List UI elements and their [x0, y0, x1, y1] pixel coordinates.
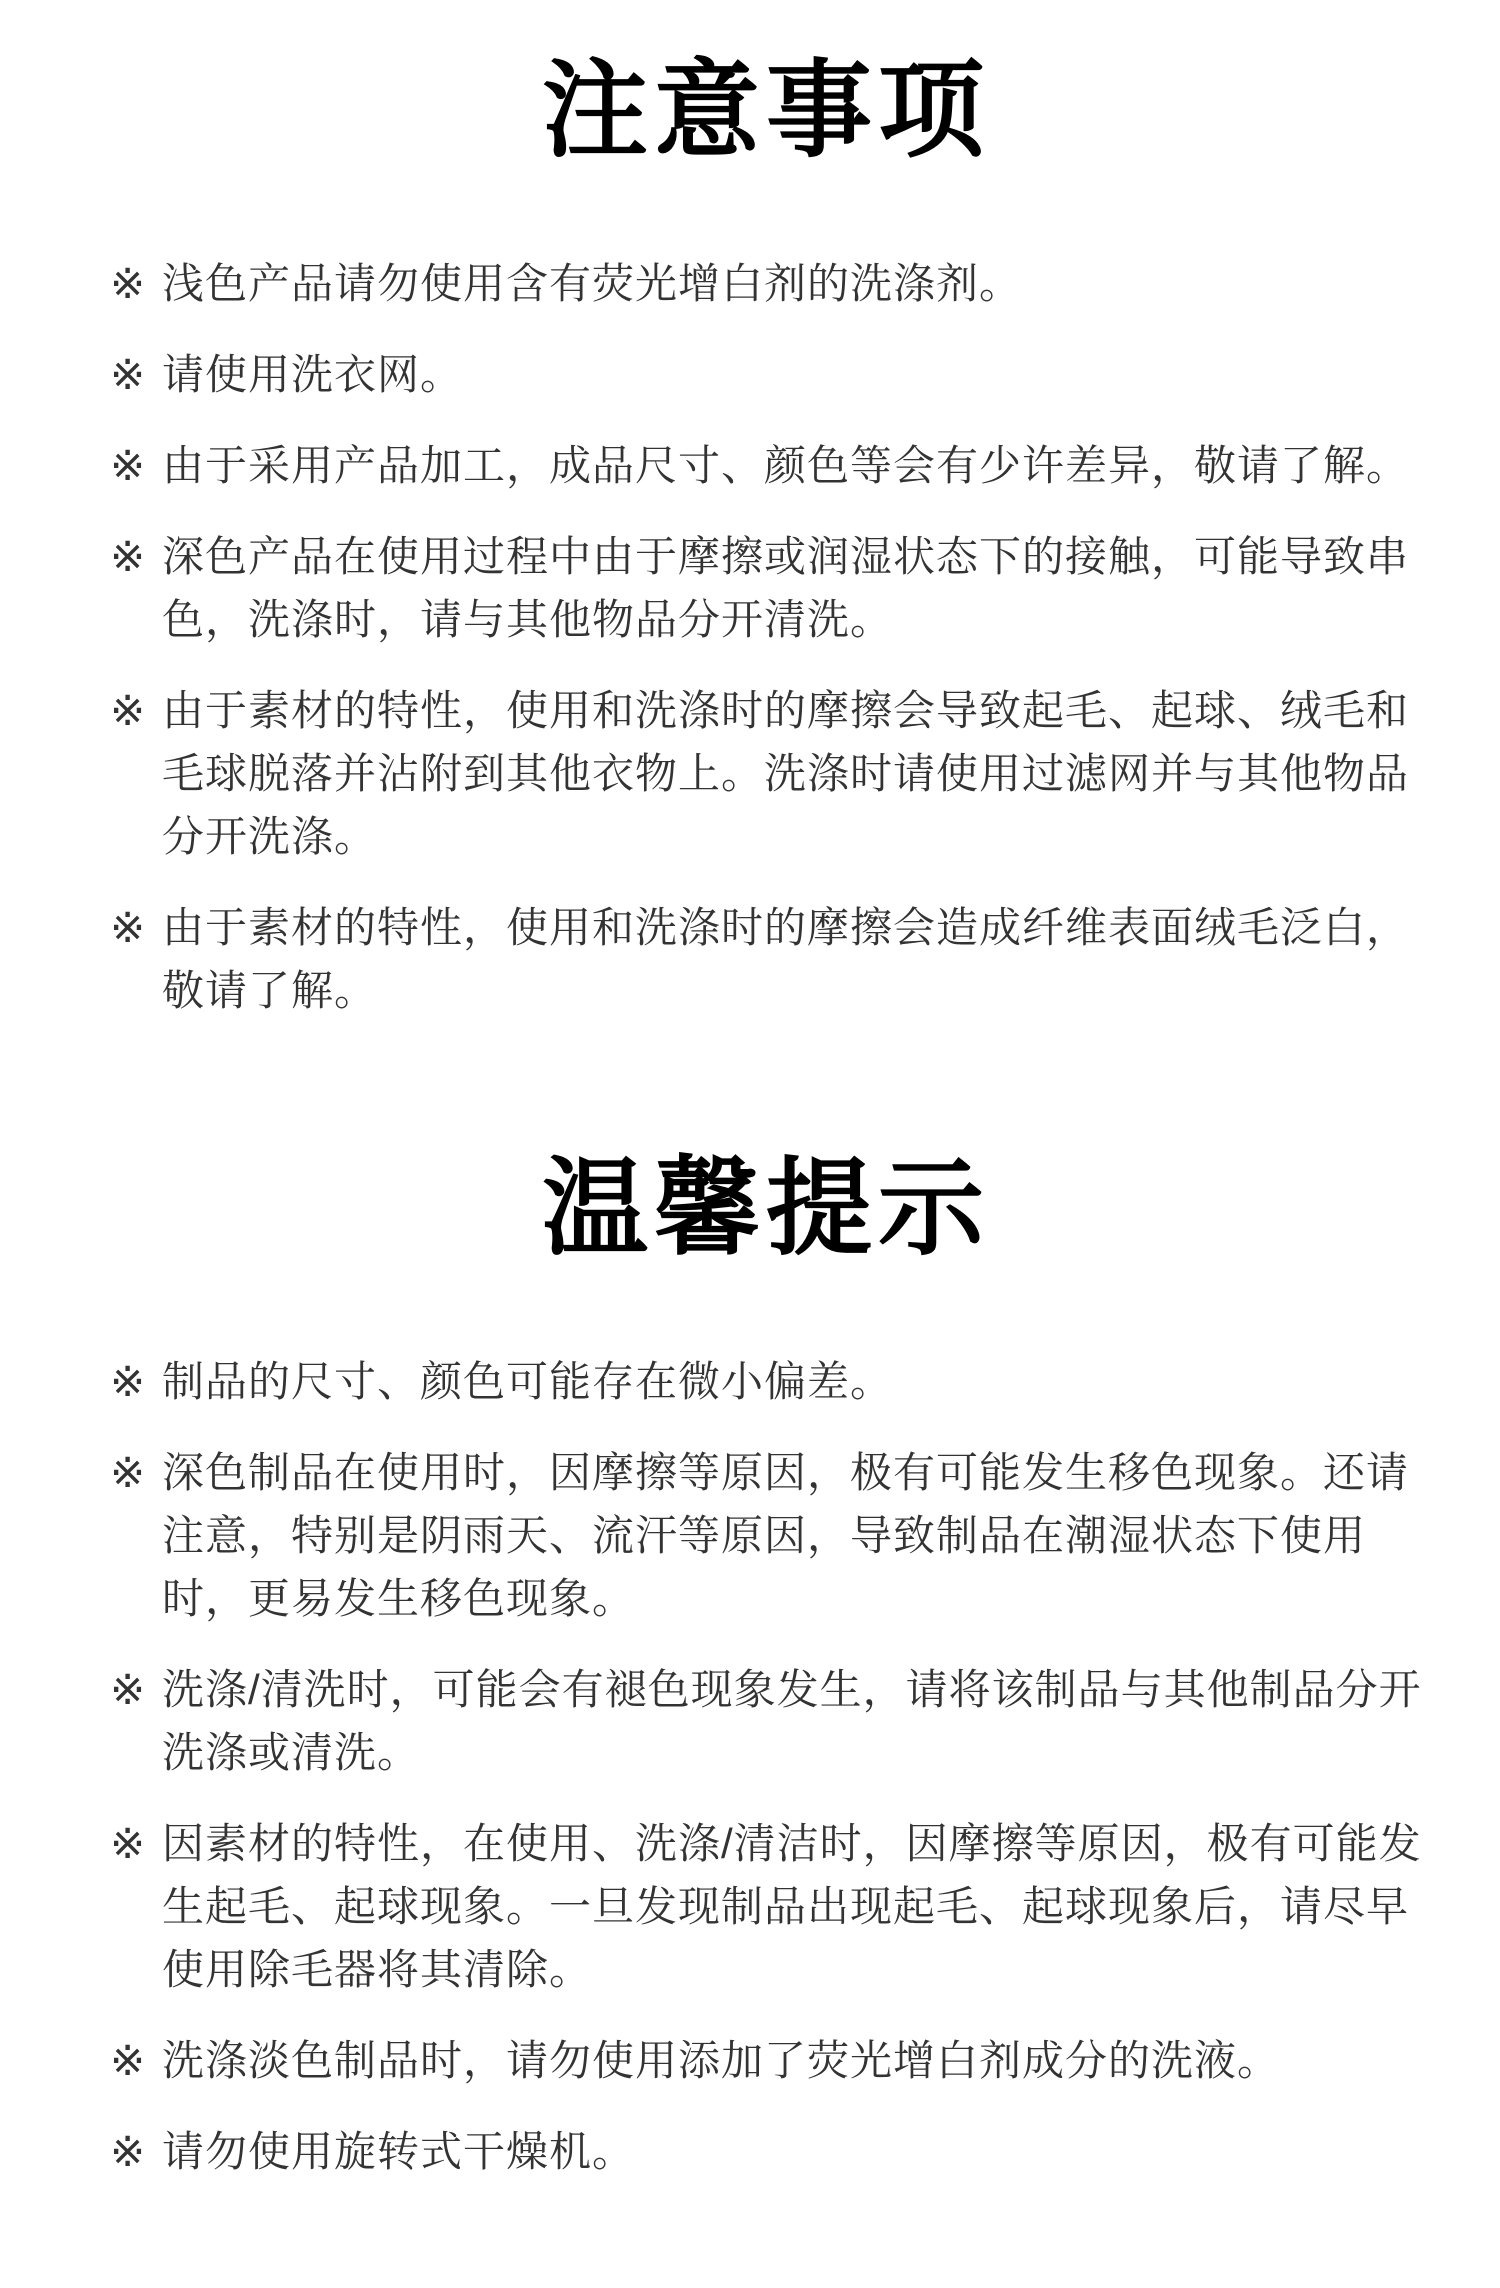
notice-text: 由于素材的特性，使用和洗涤时的摩擦会导致起毛、起球、绒毛和毛球脱落并沾附到其他衣…	[162, 679, 1422, 868]
notice-item: ※由于采用产品加工，成品尺寸、颜色等会有少许差异，敬请了解。	[110, 434, 1422, 497]
section-warm-tips: 温馨提示 ※制品的尺寸、颜色可能存在微小偏差。※深色制品在使用时，因摩擦等原因，…	[110, 1150, 1422, 2183]
notice-text: 请使用洗衣网。	[162, 343, 1422, 406]
notice-item: ※洗涤淡色制品时，请勿使用添加了荧光增白剂成分的洗液。	[110, 2029, 1422, 2092]
notice-item: ※制品的尺寸、颜色可能存在微小偏差。	[110, 1350, 1422, 1413]
reference-mark-icon: ※	[110, 343, 162, 406]
notice-text: 由于素材的特性，使用和洗涤时的摩擦会造成纤维表面绒毛泛白，敬请了解。	[162, 896, 1422, 1022]
notice-text: 深色产品在使用过程中由于摩擦或润湿状态下的接触，可能导致串色，洗涤时，请与其他物…	[162, 525, 1422, 651]
reference-mark-icon: ※	[110, 525, 162, 588]
notice-text: 因素材的特性，在使用、洗涤/清洁时，因摩擦等原因，极有可能发生起毛、起球现象。一…	[162, 1812, 1422, 2001]
notice-text: 洗涤/清洗时，可能会有褪色现象发生，请将该制品与其他制品分开洗涤或清洗。	[162, 1658, 1422, 1784]
reference-mark-icon: ※	[110, 252, 162, 315]
notice-text: 由于采用产品加工，成品尺寸、颜色等会有少许差异，敬请了解。	[162, 434, 1422, 497]
notice-text: 洗涤淡色制品时，请勿使用添加了荧光增白剂成分的洗液。	[162, 2029, 1422, 2092]
notice-item: ※请使用洗衣网。	[110, 343, 1422, 406]
precautions-list: ※浅色产品请勿使用含有荧光增白剂的洗涤剂。※请使用洗衣网。※由于采用产品加工，成…	[110, 252, 1422, 1022]
reference-mark-icon: ※	[110, 679, 162, 742]
notice-item: ※由于素材的特性，使用和洗涤时的摩擦会造成纤维表面绒毛泛白，敬请了解。	[110, 896, 1422, 1022]
notice-item: ※由于素材的特性，使用和洗涤时的摩擦会导致起毛、起球、绒毛和毛球脱落并沾附到其他…	[110, 679, 1422, 868]
precautions-title: 注意事项	[110, 52, 1422, 172]
notice-item: ※洗涤/清洗时，可能会有褪色现象发生，请将该制品与其他制品分开洗涤或清洗。	[110, 1658, 1422, 1784]
notice-item: ※深色产品在使用过程中由于摩擦或润湿状态下的接触，可能导致串色，洗涤时，请与其他…	[110, 525, 1422, 651]
reference-mark-icon: ※	[110, 1441, 162, 1504]
notice-text: 请勿使用旋转式干燥机。	[162, 2120, 1422, 2183]
reference-mark-icon: ※	[110, 2029, 162, 2092]
notice-item: ※浅色产品请勿使用含有荧光增白剂的洗涤剂。	[110, 252, 1422, 315]
reference-mark-icon: ※	[110, 1658, 162, 1721]
notice-text: 制品的尺寸、颜色可能存在微小偏差。	[162, 1350, 1422, 1413]
warm-tips-list: ※制品的尺寸、颜色可能存在微小偏差。※深色制品在使用时，因摩擦等原因，极有可能发…	[110, 1350, 1422, 2183]
section-precautions: 注意事项 ※浅色产品请勿使用含有荧光增白剂的洗涤剂。※请使用洗衣网。※由于采用产…	[110, 52, 1422, 1022]
notice-text: 深色制品在使用时，因摩擦等原因，极有可能发生移色现象。还请注意，特别是阴雨天、流…	[162, 1441, 1422, 1630]
reference-mark-icon: ※	[110, 1350, 162, 1413]
notice-item: ※请勿使用旋转式干燥机。	[110, 2120, 1422, 2183]
reference-mark-icon: ※	[110, 1812, 162, 1875]
reference-mark-icon: ※	[110, 896, 162, 959]
notice-text: 浅色产品请勿使用含有荧光增白剂的洗涤剂。	[162, 252, 1422, 315]
reference-mark-icon: ※	[110, 2120, 162, 2183]
reference-mark-icon: ※	[110, 434, 162, 497]
notice-item: ※因素材的特性，在使用、洗涤/清洁时，因摩擦等原因，极有可能发生起毛、起球现象。…	[110, 1812, 1422, 2001]
care-instructions-page: 注意事项 ※浅色产品请勿使用含有荧光增白剂的洗涤剂。※请使用洗衣网。※由于采用产…	[0, 0, 1500, 2288]
warm-tips-title: 温馨提示	[110, 1150, 1422, 1270]
notice-item: ※深色制品在使用时，因摩擦等原因，极有可能发生移色现象。还请注意，特别是阴雨天、…	[110, 1441, 1422, 1630]
